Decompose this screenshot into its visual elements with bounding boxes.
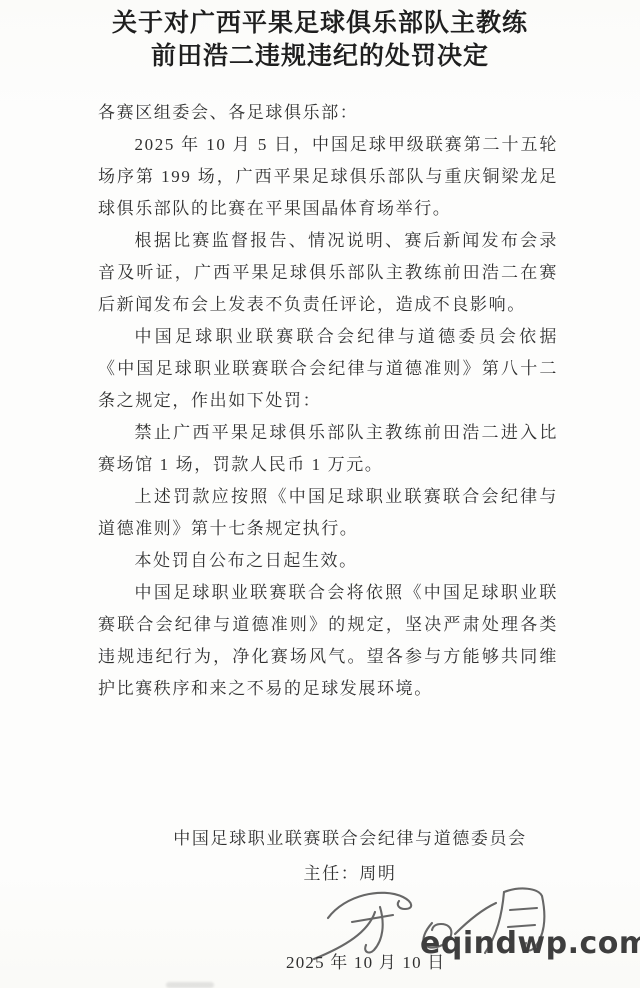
document-title-line1: 关于对广西平果足球俱乐部队主教练: [0, 7, 640, 40]
document-body: 各赛区组委会、各足球俱乐部： 2025 年 10 月 5 日，中国足球甲级联赛第…: [98, 97, 558, 705]
paragraph: 本处罚自公布之日起生效。: [98, 545, 558, 577]
document-title: 关于对广西平果足球俱乐部队主教练 前田浩二违规违纪的处罚决定: [0, 7, 640, 73]
paragraph: 中国足球职业联赛联合会将依照《中国足球职业联赛联合会纪律与道德准则》的规定，坚决…: [98, 577, 558, 705]
signature-organization: 中国足球职业联赛联合会纪律与道德委员会: [60, 822, 640, 855]
paragraph: 上述罚款应按照《中国足球职业联赛联合会纪律与道德准则》第十七条规定执行。: [98, 481, 558, 545]
paragraph: 禁止广西平果足球俱乐部队主教练前田浩二进入比赛场馆 1 场，罚款人民币 1 万元…: [98, 417, 558, 481]
document-title-line2: 前田浩二违规违纪的处罚决定: [0, 40, 640, 73]
scan-artifact: [166, 982, 214, 988]
watermark-text: eqindwp.com: [420, 926, 640, 961]
signature-block: 中国足球职业联赛联合会纪律与道德委员会 主任：周明: [60, 822, 640, 890]
paragraph: 2025 年 10 月 5 日，中国足球甲级联赛第二十五轮场序第 199 场，广…: [98, 129, 558, 225]
salutation: 各赛区组委会、各足球俱乐部：: [98, 97, 558, 129]
paragraph: 根据比赛监督报告、情况说明、赛后新闻发布会录音及听证，广西平果足球俱乐部队主教练…: [98, 225, 558, 321]
paragraph: 中国足球职业联赛联合会纪律与道德委员会依据《中国足球职业联赛联合会纪律与道德准则…: [98, 321, 558, 417]
scanned-document-page: 关于对广西平果足球俱乐部队主教练 前田浩二违规违纪的处罚决定 各赛区组委会、各足…: [0, 0, 640, 988]
